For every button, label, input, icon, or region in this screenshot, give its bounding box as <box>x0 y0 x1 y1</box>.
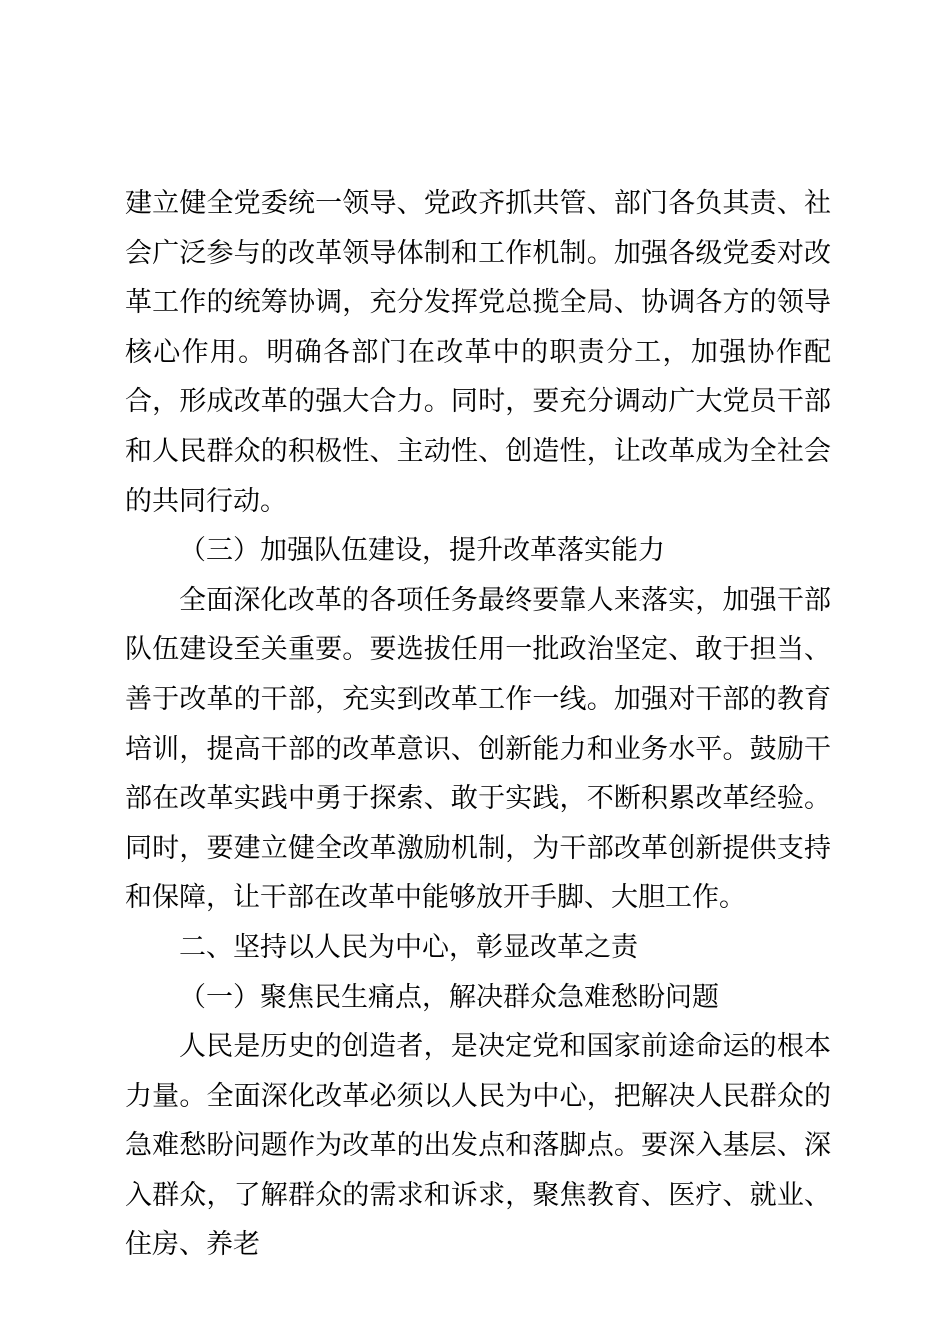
body-paragraph: 全面深化改革的各项任务最终要靠人来落实，加强干部队伍建设至关重要。要选拔任用一批… <box>125 576 831 923</box>
section-heading-sub: （一）聚焦民生痛点，解决群众急难愁盼问题 <box>125 973 831 1023</box>
body-paragraph: 人民是历史的创造者，是决定党和国家前途命运的根本力量。全面深化改革必须以人民为中… <box>125 1022 831 1270</box>
document-page: 建立健全党委统一领导、党政齐抓共管、部门各负其责、社会广泛参与的改革领导体制和工… <box>0 0 950 1344</box>
section-heading-main: 二、坚持以人民为中心，彰显改革之责 <box>125 923 831 973</box>
body-paragraph-continuation: 建立健全党委统一领导、党政齐抓共管、部门各负其责、社会广泛参与的改革领导体制和工… <box>125 179 831 526</box>
section-heading-sub: （三）加强队伍建设，提升改革落实能力 <box>125 526 831 576</box>
